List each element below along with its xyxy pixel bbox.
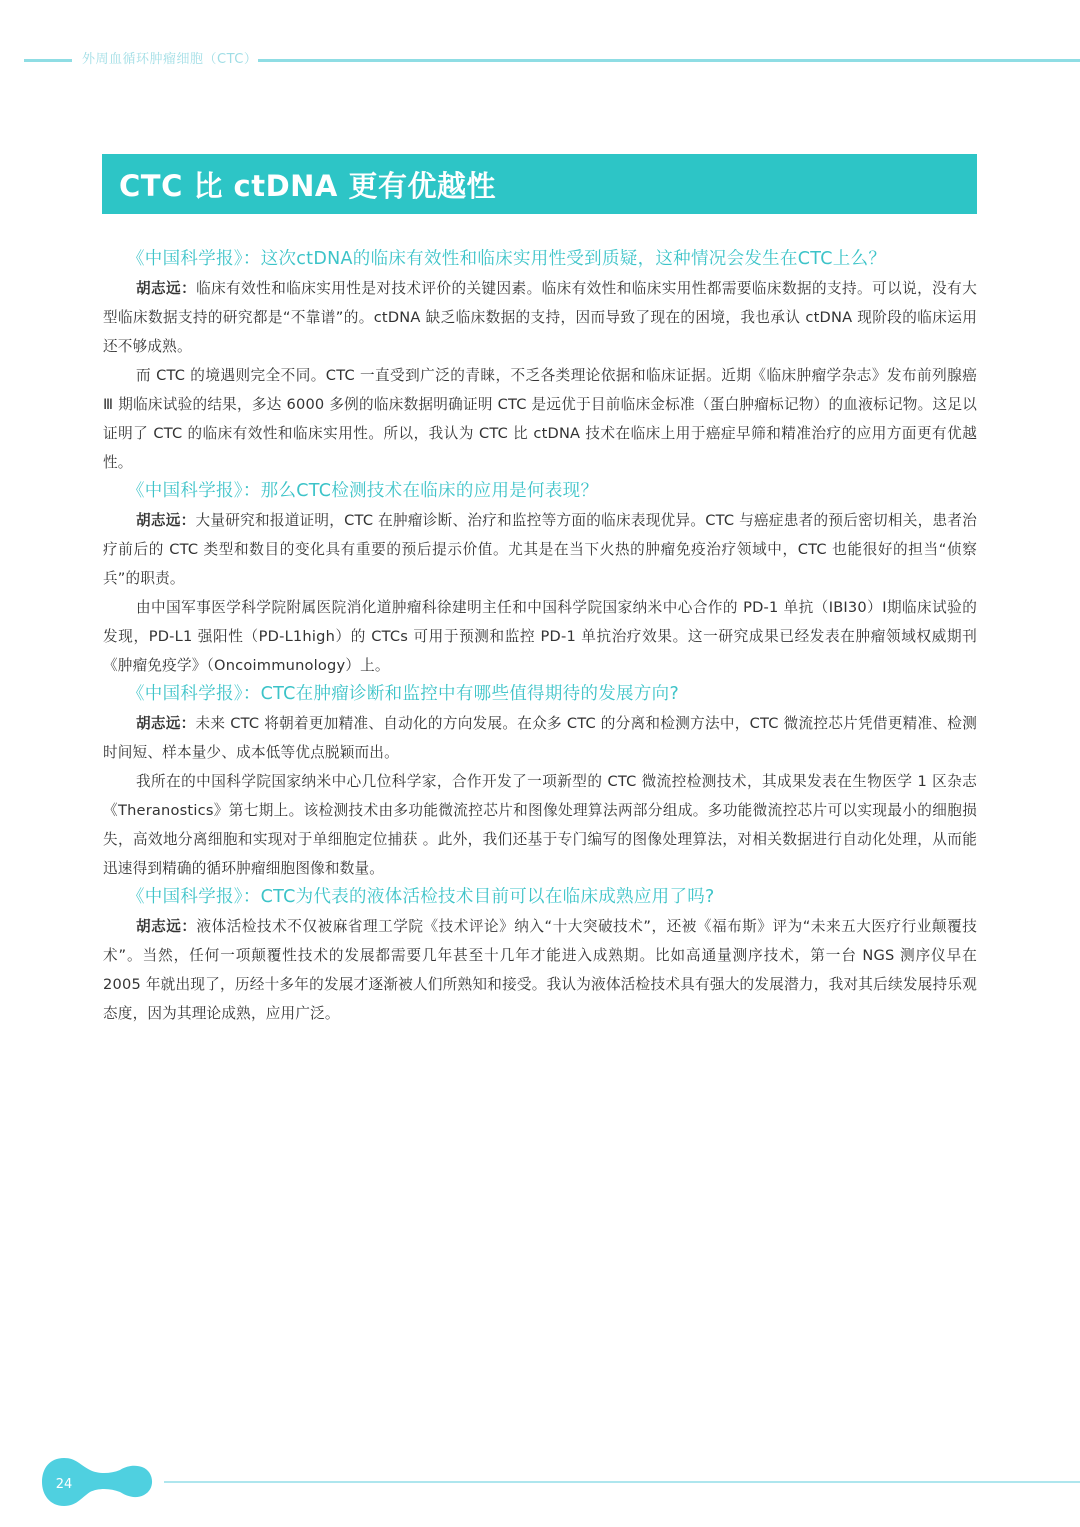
answer-paragraph: 胡志远：临床有效性和临床实用性是对技术评价的关键因素。临床有效性和临床实用性都需… <box>103 274 977 361</box>
speaker-name: 胡志远： <box>136 918 197 935</box>
answer-text: 临床有效性和临床实用性是对技术评价的关键因素。临床有效性和临床实用性都需要临床数… <box>103 280 977 355</box>
answer-text: 液体活检技术不仅被麻省理工学院《技术评论》纳入“十大突破技术”，还被《福布斯》评… <box>103 918 977 1022</box>
running-title: 外周血循环肿瘤细胞（CTC） <box>82 50 257 70</box>
header-rule-left <box>24 59 72 62</box>
interview-question: 《中国科学报》：这次ctDNA的临床有效性和临床实用性受到质疑，这种情况会发生在… <box>103 245 977 274</box>
page-number: 24 <box>44 1475 84 1495</box>
qa-block: 《中国科学报》：这次ctDNA的临床有效性和临床实用性受到质疑，这种情况会发生在… <box>103 245 977 477</box>
interview-question: 《中国科学报》：CTC为代表的液体活检技术目前可以在临床成熟应用了吗? <box>103 883 977 912</box>
answer-paragraph: 我所在的中国科学院国家纳米中心几位科学家，合作开发了一项新型的 CTC 微流控检… <box>103 767 977 883</box>
footer-rule <box>164 1481 1080 1483</box>
speaker-name: 胡志远： <box>136 512 195 529</box>
interview-question: 《中国科学报》：CTC在肿瘤诊断和监控中有哪些值得期待的发展方向? <box>103 680 977 709</box>
answer-text: 大量研究和报道证明，CTC 在肿瘤诊断、治疗和监控等方面的临床表现优异。CTC … <box>103 512 977 587</box>
answer-paragraph: 胡志远：大量研究和报道证明，CTC 在肿瘤诊断、治疗和监控等方面的临床表现优异。… <box>103 506 977 593</box>
speaker-name: 胡志远： <box>136 280 196 297</box>
qa-block: 《中国科学报》：CTC为代表的液体活检技术目前可以在临床成熟应用了吗? 胡志远：… <box>103 883 977 1028</box>
section-title-banner: CTC 比 ctDNA 更有优越性 <box>102 154 977 214</box>
interview-question: 《中国科学报》：那么CTC检测技术在临床的应用是何表现？ <box>103 477 977 506</box>
page-footer: 24 <box>0 1455 1080 1515</box>
answer-paragraph: 胡志远：未来 CTC 将朝着更加精准、自动化的方向发展。在众多 CTC 的分离和… <box>103 709 977 767</box>
header-rule-right <box>258 59 1080 62</box>
answer-text: 未来 CTC 将朝着更加精准、自动化的方向发展。在众多 CTC 的分离和检测方法… <box>103 715 977 761</box>
speaker-name: 胡志远： <box>136 715 196 732</box>
answer-paragraph: 胡志远：液体活检技术不仅被麻省理工学院《技术评论》纳入“十大突破技术”，还被《福… <box>103 912 977 1028</box>
answer-paragraph: 而 CTC 的境遇则完全不同。CTC 一直受到广泛的青睐，不乏各类理论依据和临床… <box>103 361 977 477</box>
answer-paragraph: 由中国军事医学科学院附属医院消化道肿瘤科徐建明主任和中国科学院国家纳米中心合作的… <box>103 593 977 680</box>
article-body: 《中国科学报》：这次ctDNA的临床有效性和临床实用性受到质疑，这种情况会发生在… <box>103 245 977 1028</box>
qa-block: 《中国科学报》：那么CTC检测技术在临床的应用是何表现？ 胡志远：大量研究和报道… <box>103 477 977 680</box>
section-title: CTC 比 ctDNA 更有优越性 <box>119 164 496 205</box>
qa-block: 《中国科学报》：CTC在肿瘤诊断和监控中有哪些值得期待的发展方向? 胡志远：未来… <box>103 680 977 883</box>
running-header: 外周血循环肿瘤细胞（CTC） <box>0 50 1080 70</box>
